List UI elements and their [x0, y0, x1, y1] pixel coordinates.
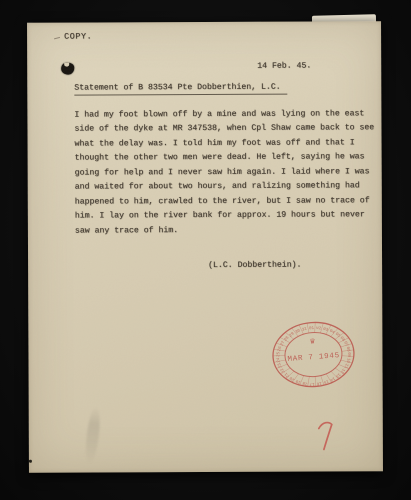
- paper-smudge: [83, 406, 102, 465]
- stamp-ring-number: 01: [309, 327, 315, 331]
- handwritten-seven-stroke: [319, 423, 332, 450]
- photo-background: COPY. 14 Feb. 45. Statement of B 83534 P…: [0, 0, 411, 500]
- handwritten-seven-annotation: [316, 420, 338, 454]
- date-stamp: 0102030405060708091011121314151617181920…: [258, 306, 368, 402]
- copy-label: COPY.: [64, 31, 92, 41]
- ink-blot-notch: [64, 63, 69, 67]
- stamp-ring-number: 17: [309, 381, 315, 385]
- stamp-date-text: MAR 7 1945: [287, 352, 340, 364]
- statement-heading: Statement of B 83534 Pte Dobberthien, L.…: [74, 83, 287, 95]
- stamp-ring-number: 30: [295, 329, 302, 335]
- statement-body: I had my foot blown off by a mine and wa…: [74, 107, 377, 238]
- pencil-dash-mark: [54, 37, 60, 40]
- stamp-ring-number: 16: [316, 380, 322, 385]
- stamp-ring-number: 31: [302, 327, 308, 332]
- ink-blot: [61, 63, 74, 75]
- signature-line: (L.C. Dobberthein).: [208, 261, 301, 270]
- document-page: COPY. 14 Feb. 45. Statement of B 83534 P…: [27, 21, 383, 473]
- stamp-group: 0102030405060708091011121314151617181920…: [271, 320, 357, 390]
- crown-icon: ♛: [309, 337, 316, 345]
- stamp-ring-number: 18: [302, 380, 308, 385]
- edge-speck: [29, 460, 32, 463]
- date-line: 14 Feb. 45.: [257, 62, 311, 71]
